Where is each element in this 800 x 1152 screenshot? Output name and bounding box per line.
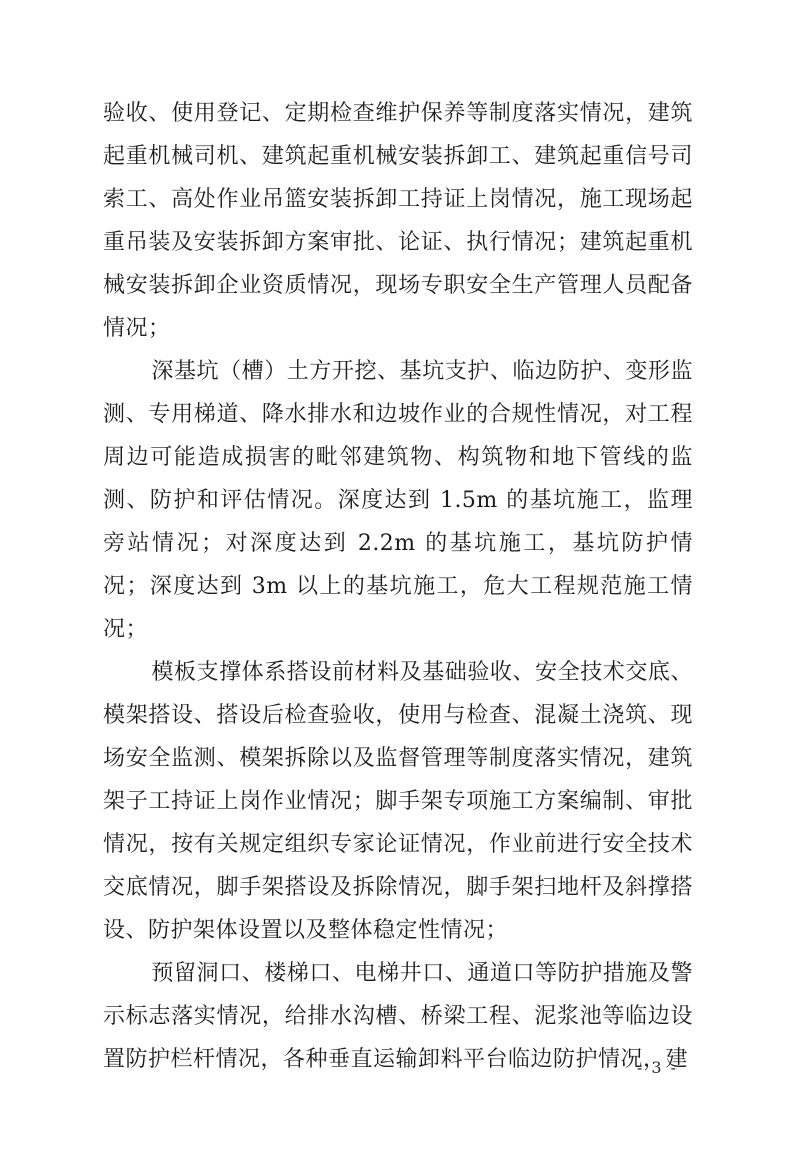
paragraph-formwork-scaffolding: 模板支撑体系搭设前材料及基础验收、安全技术交底、模架搭设、搭设后检查验收，使用与… [103,651,693,952]
document-page: 验收、使用登记、定期检查维护保养等制度落实情况，建筑起重机械司机、建筑起重机械安… [0,0,800,1152]
page-number: - 3 - [637,1058,678,1077]
paragraph-crane-machinery: 验收、使用登记、定期检查维护保养等制度落实情况，建筑起重机械司机、建筑起重机械安… [103,92,693,350]
paragraph-openings-edge-protection: 预留洞口、楼梯口、电梯井口、通道口等防护措施及警示标志落实情况，给排水沟槽、桥梁… [103,952,693,1081]
paragraph-deep-foundation-pit: 深基坑（槽）土方开挖、基坑支护、临边防护、变形监测、专用梯道、降水排水和边坡作业… [103,350,693,651]
document-body: 验收、使用登记、定期检查维护保养等制度落实情况，建筑起重机械司机、建筑起重机械安… [103,92,693,1081]
